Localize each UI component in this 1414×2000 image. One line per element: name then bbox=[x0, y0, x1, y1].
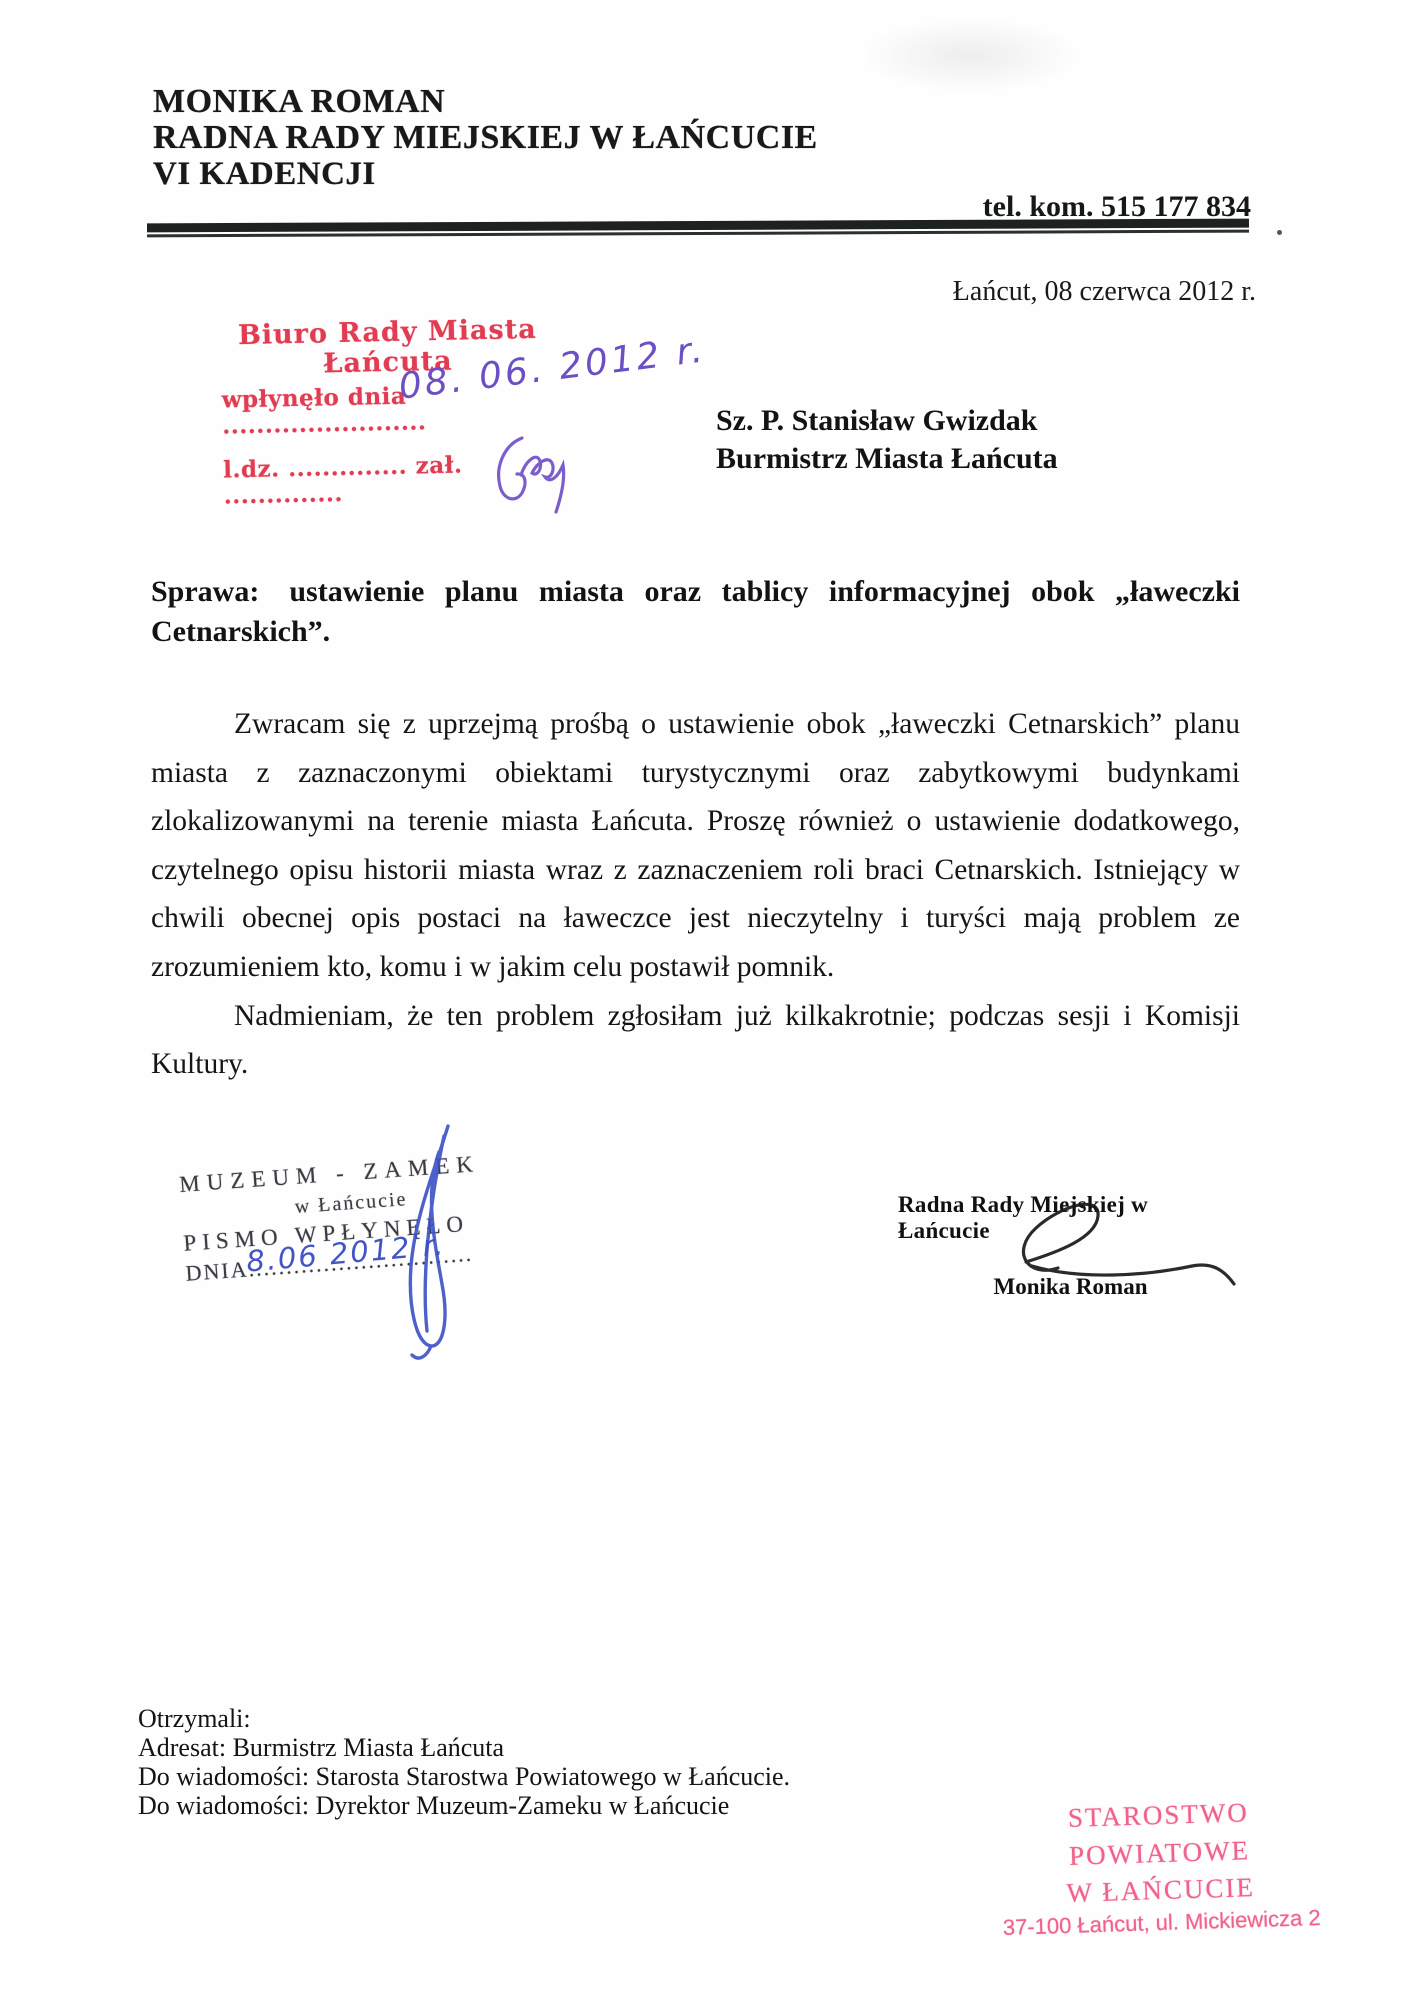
recipient-salutation: Sz. P. Stanisław Gwizdak bbox=[716, 402, 1058, 440]
distribution-heading: Otrzymali: bbox=[138, 1704, 790, 1733]
starostwo-stamp-line1: STAROSTWO POWIATOWE bbox=[980, 1790, 1338, 1877]
sender-term: VI KADENCJI bbox=[153, 156, 818, 192]
letterhead-rule bbox=[147, 219, 1249, 238]
subject-line: Sprawa:ustawienie planu miasta oraz tabl… bbox=[151, 572, 1240, 652]
scan-speck bbox=[1277, 230, 1282, 235]
sender-name: MONIKA ROMAN bbox=[153, 84, 818, 120]
letter-body: Zwracam się z uprzejmą prośbą o ustawien… bbox=[151, 700, 1240, 1089]
handwritten-signature-scribble-blue bbox=[386, 1124, 486, 1364]
dateline: Łańcut, 08 czerwca 2012 r. bbox=[953, 276, 1256, 308]
handwritten-signature-scribble-black bbox=[940, 1186, 1250, 1306]
sender-title: RADNA RADY MIEJSKIEJ W ŁAŃCUCIE bbox=[153, 120, 818, 156]
letterhead: MONIKA ROMAN RADNA RADY MIEJSKIEJ W ŁAŃC… bbox=[153, 84, 818, 192]
subject-text: ustawienie planu miasta oraz tablicy inf… bbox=[151, 575, 1240, 648]
distribution-list: Otrzymali: Adresat: Burmistrz Miasta Łań… bbox=[138, 1704, 790, 1820]
distribution-item: Do wiadomości: Dyrektor Muzeum-Zameku w … bbox=[138, 1791, 790, 1820]
body-paragraph-2: Nadmieniam, że ten problem zgłosiłam już… bbox=[151, 992, 1240, 1089]
body-paragraph-1: Zwracam się z uprzejmą prośbą o ustawien… bbox=[151, 700, 1240, 992]
scan-smudge bbox=[860, 18, 1080, 93]
distribution-item: Do wiadomości: Starosta Starostwa Powiat… bbox=[138, 1762, 790, 1791]
recipient-position: Burmistrz Miasta Łańcuta bbox=[716, 440, 1058, 478]
distribution-item: Adresat: Burmistrz Miasta Łańcuta bbox=[138, 1733, 790, 1762]
starostwo-stamp: STAROSTWO POWIATOWE W ŁAŃCUCIE 37-100 Ła… bbox=[980, 1790, 1340, 1943]
scanned-letter-page: MONIKA ROMAN RADNA RADY MIEJSKIEJ W ŁAŃC… bbox=[0, 0, 1414, 2000]
recipient-block: Sz. P. Stanisław Gwizdak Burmistrz Miast… bbox=[716, 402, 1058, 478]
subject-label: Sprawa: bbox=[151, 575, 259, 608]
handwritten-initials bbox=[492, 432, 574, 518]
